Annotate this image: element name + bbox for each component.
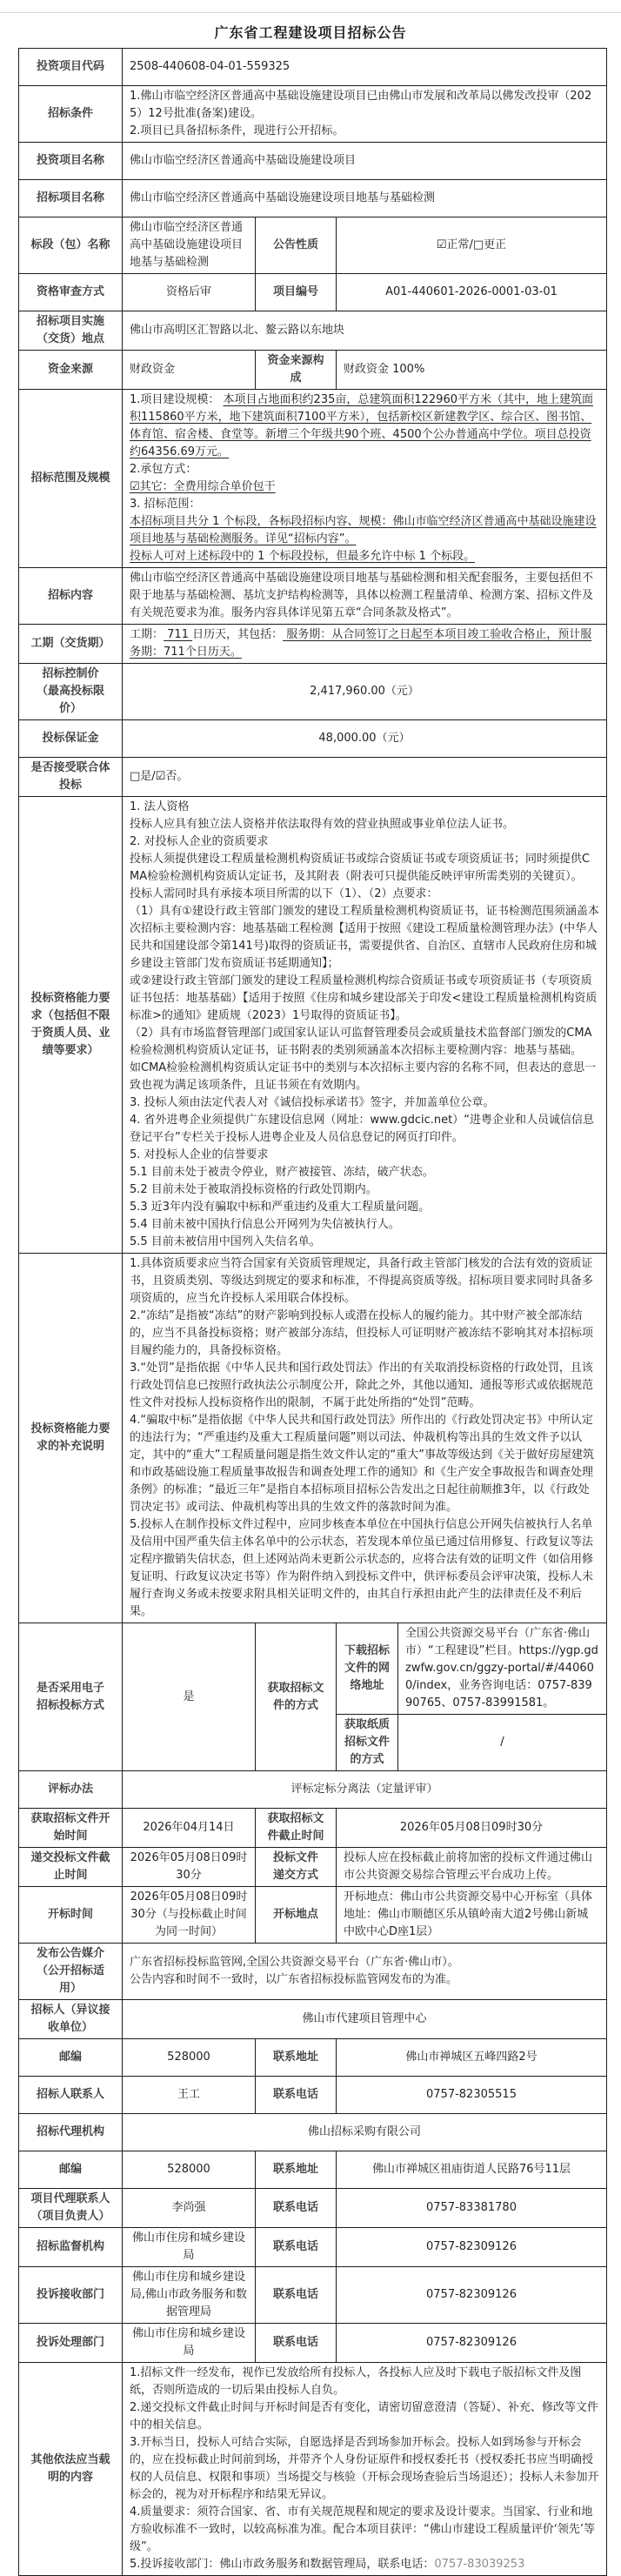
other-item-5: 5.投诉接收部门：佛山市政务服务和数据管理局，联系电话：0757-8303925… xyxy=(130,2556,599,2573)
field-value-address-2: 佛山市禅城区祖庙街道人民路76号11层 xyxy=(337,2151,607,2189)
field-value-notice-nature: ☑正常/□更正 xyxy=(337,217,607,274)
field-value-qualification-notes: 1.具体资质要求应当符合国家有关资质管理规定，具备行政主管部门核发的合法有效的资… xyxy=(123,1254,607,1623)
field-value-project-code: 2508-440608-04-01-559325 xyxy=(123,49,607,86)
field-label-phone-2: 联系电话 xyxy=(256,2189,337,2228)
row-tender-name: 招标项目名称 佛山市临空经济区普通高中基础设施建设项目地基与基础检测 xyxy=(19,180,607,217)
field-value-qualification-req: 1. 法人资格 投标人应具有独立法人资格并依法取得有效的营业执照或事业单位法人证… xyxy=(123,797,607,1254)
field-label-phone-5: 联系电话 xyxy=(256,2324,337,2363)
row-agency-contact: 项目代理联系人 （项目负责人） 李尚强 联系电话 0757-83381780 xyxy=(19,2189,607,2228)
field-label-address-1: 联系地址 xyxy=(256,2039,337,2077)
duration-seg-3: 日历天，其包括： xyxy=(192,628,283,641)
field-label-paper-method: 获取纸质 招标文件 的方式 xyxy=(337,1715,398,1771)
field-label-fund-source: 资金来源 xyxy=(19,351,123,390)
field-label-other: 其他依法应当载 明的内容 xyxy=(19,2363,123,2576)
field-label-bid-conditions: 招标条件 xyxy=(19,86,123,143)
field-value-content: 佛山市临空经济区普通高中基础设施建设项目地基与基础检测和相关配套服务，主要包括但… xyxy=(123,568,607,625)
field-label-address-2: 联系地址 xyxy=(256,2151,337,2189)
scope-line-6: 投标人可对上述标段中的 1 个标段投标，但最多允许中标 1 个标段。 xyxy=(130,548,599,565)
field-label-e-bidding: 是否采用电子 招标投标方式 xyxy=(19,1623,123,1771)
field-value-obtain-end: 2026年05月08日09时30分 xyxy=(337,1809,607,1848)
field-label-evaluation: 评标办法 xyxy=(19,1771,123,1809)
row-qualification-review: 资格审查方式 资格后审 项目编号 A01-440601-2026-0001-03… xyxy=(19,274,607,311)
other-item-5-prefix: 5.投诉接收部门：佛山市政务服务和数据管理局，联系电话： xyxy=(130,2558,434,2571)
field-value-location: 佛山市高明区汇智路以北、鳌云路以东地块 xyxy=(123,311,607,351)
field-label-obtain-start: 获取招标文件开 始时间 xyxy=(19,1809,123,1848)
row-tenderer-postcode: 邮编 528000 联系地址 佛山市禅城区五峰四路2号 xyxy=(19,2039,607,2077)
field-label-phone-4: 联系电话 xyxy=(256,2267,337,2324)
field-value-bid-conditions: 1.佛山市临空经济区普通高中基础设施建设项目已由佛山市发展和改革局以佛发改投审（… xyxy=(123,86,607,143)
field-value-address-1: 佛山市禅城区五峰四路2号 xyxy=(337,2039,607,2077)
row-fund-source: 资金来源 财政资金 资金来源构 成 财政资金 100% xyxy=(19,351,607,390)
row-qualification-req: 投标资格能力要 求（包括但不限 于资质人员、业 绩等要求） 1. 法人资格 投标… xyxy=(19,797,607,1254)
field-value-tender-name: 佛山市临空经济区普通高中基础设施建设项目地基与基础检测 xyxy=(123,180,607,217)
field-value-agency: 佛山招标采购有限公司 xyxy=(123,2114,607,2151)
field-value-project-no: A01-440601-2026-0001-03-01 xyxy=(337,274,607,311)
field-value-postcode-2: 528000 xyxy=(123,2151,256,2189)
field-label-duration: 工期（交货期） xyxy=(19,625,123,664)
field-value-submit-deadline: 2026年05月08日09时30分 xyxy=(123,1848,256,1887)
row-invest-name: 投资项目名称 佛山市临空经济区普通高中基础设施建设项目 xyxy=(19,143,607,180)
field-label-tenderer-contact: 招标人联系人 xyxy=(19,2077,123,2114)
field-value-invest-name: 佛山市临空经济区普通高中基础设施建设项目 xyxy=(123,143,607,180)
row-agency-postcode: 邮编 528000 联系地址 佛山市禅城区祖庙街道人民路76号11层 xyxy=(19,2151,607,2189)
field-value-duration: 工期： 711 日历天，其包括： 服务期：从合同签订之日起至本项目竣工验收合格止… xyxy=(123,625,607,664)
field-label-bid-bond: 投标保证金 xyxy=(19,720,123,758)
field-label-tenderer: 招标人（异议接 收单位） xyxy=(19,2000,123,2039)
field-label-qualification-review: 资格审查方式 xyxy=(19,274,123,311)
field-value-submit-method: 投标人应在投标截止前将加密的投标文件通过佛山市公共资源交易综合管理云平台成功上传… xyxy=(337,1848,607,1887)
field-label-phone-1: 联系电话 xyxy=(256,2077,337,2114)
field-label-invest-name: 投资项目名称 xyxy=(19,143,123,180)
field-label-content: 招标内容 xyxy=(19,568,123,625)
row-other: 其他依法应当载 明的内容 1.招标文件一经发布，视作已发放给所有投标人，各投标人… xyxy=(19,2363,607,2576)
field-label-location: 招标项目实施 （交货）地点 xyxy=(19,311,123,351)
row-tenderer-contact: 招标人联系人 王工 联系电话 0757-82305515 xyxy=(19,2077,607,2114)
field-value-open-place: 开标地点：佛山市公共资源交易中心开标室（具体地址：佛山市顺德区乐从镇岭南大道2号… xyxy=(337,1887,607,1944)
row-location: 招标项目实施 （交货）地点 佛山市高明区汇智路以北、鳌云路以东地块 xyxy=(19,311,607,351)
field-label-tender-name: 招标项目名称 xyxy=(19,180,123,217)
field-value-fund-source: 财政资金 xyxy=(123,351,256,390)
field-value-tenderer: 佛山市代建项目管理中心 xyxy=(123,2000,607,2039)
field-label-scope: 招标范围及规模 xyxy=(19,390,123,568)
row-supervisor: 招标监督机构 佛山市住房和城乡建设局 联系电话 0757-82309126 xyxy=(19,2228,607,2267)
row-tenderer: 招标人（异议接 收单位） 佛山市代建项目管理中心 xyxy=(19,2000,607,2039)
field-label-postcode-1: 邮编 xyxy=(19,2039,123,2077)
row-obtain-times: 获取招标文件开 始时间 2026年04月14日 获取招标文 件截止时间 2026… xyxy=(19,1809,607,1848)
scope-line-2: 2.承包方式： xyxy=(130,461,599,478)
field-label-complaint-handle: 投诉处理部门 xyxy=(19,2324,123,2363)
field-value-section-name: 佛山市临空经济区普通高中基础设施建设项目地基与基础检测 xyxy=(123,217,256,274)
field-value-phone-5: 0757-82309126 xyxy=(337,2324,607,2363)
field-value-phone-1: 0757-82305515 xyxy=(337,2077,607,2114)
scope-seg-normal-1: 1.项目建设规模： xyxy=(130,393,224,406)
field-label-supervisor: 招标监督机构 xyxy=(19,2228,123,2267)
field-value-obtain-start: 2026年04月14日 xyxy=(123,1809,256,1848)
row-scope: 招标范围及规模 1.项目建设规模： 本项目占地面积约235亩，总建筑面积1229… xyxy=(19,390,607,568)
field-label-postcode-2: 邮编 xyxy=(19,2151,123,2189)
field-label-project-code: 投资项目代码 xyxy=(19,49,123,86)
field-label-download-addr: 下载招标 文件的网 络地址 xyxy=(337,1623,398,1715)
announcement-table: 投资项目代码 2508-440608-04-01-559325 招标条件 1.佛… xyxy=(18,48,607,2576)
field-value-fund-composition: 财政资金 100% xyxy=(337,351,607,390)
row-bid-conditions: 招标条件 1.佛山市临空经济区普通高中基础设施建设项目已由佛山市发展和改革局以佛… xyxy=(19,86,607,143)
field-value-complaint-recv: 佛山市住房和城乡建设局,佛山市政务服务和数据管理局 xyxy=(123,2267,256,2324)
field-value-agency-contact: 李尚强 xyxy=(123,2189,256,2228)
field-label-qualification-notes: 投标资格能力要 求的补充说明 xyxy=(19,1254,123,1623)
field-label-open-place: 开标地点 xyxy=(256,1887,337,1944)
field-label-project-no: 项目编号 xyxy=(256,274,337,311)
field-label-consortium: 是否接受联合体 投标 xyxy=(19,758,123,797)
field-value-supervisor: 佛山市住房和城乡建设局 xyxy=(123,2228,256,2267)
field-label-notice-nature: 公告性质 xyxy=(256,217,337,274)
field-value-phone-2: 0757-83381780 xyxy=(337,2189,607,2228)
field-value-download-addr: 全国公共资源交易平台（广东省·佛山市）“工程建设”栏目。https://ygp.… xyxy=(398,1623,607,1715)
field-value-consortium: □是/☑否。 xyxy=(123,758,607,797)
field-value-other: 1.招标文件一经发布，视作已发放给所有投标人，各投标人应及时下载电子版招标文件及… xyxy=(123,2363,607,2576)
duration-seg-1: 工期： xyxy=(130,628,164,641)
row-agency: 招标代理机构 佛山招标采购有限公司 xyxy=(19,2114,607,2151)
field-label-phone-3: 联系电话 xyxy=(256,2228,337,2267)
field-label-media: 发布公告媒介 （公开招标适 用） xyxy=(19,1944,123,2000)
scope-line-3: ☑其它：全费用综合单价包干 xyxy=(130,478,599,496)
row-consortium: 是否接受联合体 投标 □是/☑否。 xyxy=(19,758,607,797)
field-value-media: 广东省招标投标监管网,全国公共资源交易平台（广东省·佛山市）。 公告内容和时间不… xyxy=(123,1944,607,2000)
field-label-submit-deadline: 递交投标文件截 止时间 xyxy=(19,1848,123,1887)
row-complaint-recv: 投诉接收部门 佛山市住房和城乡建设局,佛山市政务服务和数据管理局 联系电话 07… xyxy=(19,2267,607,2324)
duration-seg-2: 711 xyxy=(164,628,192,641)
field-value-paper-method: / xyxy=(398,1715,607,1771)
field-value-evaluation: 评标定标分离法（定量评审） xyxy=(123,1771,607,1809)
field-label-submit-method: 投标文件 递交方式 xyxy=(256,1848,337,1887)
field-value-control-price: 2,417,960.00（元） xyxy=(123,664,607,720)
scope-line-4: 3. 招标范围： xyxy=(130,496,599,513)
field-value-complaint-handle: 佛山市住房和城乡建设局 xyxy=(123,2324,256,2363)
row-complaint-handle: 投诉处理部门 佛山市住房和城乡建设局 联系电话 0757-82309126 xyxy=(19,2324,607,2363)
other-item-5-phone: 0757-83039253 xyxy=(434,2558,524,2571)
row-submit: 递交投标文件截 止时间 2026年05月08日09时30分 投标文件 递交方式 … xyxy=(19,1848,607,1887)
field-label-obtain-method: 获取招标文 件的方式 xyxy=(256,1623,337,1771)
row-bid-bond: 投标保证金 48,000.00（元） xyxy=(19,720,607,758)
field-value-phone-4: 0757-82309126 xyxy=(337,2267,607,2324)
field-label-qualification-req: 投标资格能力要 求（包括但不限 于资质人员、业 绩等要求） xyxy=(19,797,123,1254)
field-label-obtain-end: 获取招标文 件截止时间 xyxy=(256,1809,337,1848)
row-media: 发布公告媒介 （公开招标适 用） 广东省招标投标监管网,全国公共资源交易平台（广… xyxy=(19,1944,607,2000)
row-project-code: 投资项目代码 2508-440608-04-01-559325 xyxy=(19,49,607,86)
field-value-open-time: 2026年05月08日09时30分（与投标截止时间为同一时间） xyxy=(123,1887,256,1944)
page-title: 广东省工程建设项目招标公告 xyxy=(0,22,621,42)
field-value-tenderer-contact: 王工 xyxy=(123,2077,256,2114)
field-value-bid-bond: 48,000.00（元） xyxy=(123,720,607,758)
field-value-scope: 1.项目建设规模： 本项目占地面积约235亩，总建筑面积122960平方米（其中… xyxy=(123,390,607,568)
page-top-divider xyxy=(0,12,621,13)
row-opening: 开标时间 2026年05月08日09时30分（与投标截止时间为同一时间） 开标地… xyxy=(19,1887,607,1944)
other-items-1-4: 1.招标文件一经发布，视作已发放给所有投标人，各投标人应及时下载电子版招标文件及… xyxy=(130,2365,599,2556)
field-label-agency: 招标代理机构 xyxy=(19,2114,123,2151)
row-content: 招标内容 佛山市临空经济区普通高中基础设施建设项目地基与基础检测和相关配套服务，… xyxy=(19,568,607,625)
scope-line-5: 本招标项目共分 1 个标段，各标段招标内容、规模：佛山市临空经济区普通高中基础设… xyxy=(130,513,599,548)
row-duration: 工期（交货期） 工期： 711 日历天，其包括： 服务期：从合同签订之日起至本项… xyxy=(19,625,607,664)
field-value-postcode-1: 528000 xyxy=(123,2039,256,2077)
row-evaluation: 评标办法 评标定标分离法（定量评审） xyxy=(19,1771,607,1809)
row-e-bidding: 是否采用电子 招标投标方式 是 获取招标文 件的方式 下载招标 文件的网 络地址… xyxy=(19,1623,607,1715)
scope-line-1: 1.项目建设规模： 本项目占地面积约235亩，总建筑面积122960平方米（其中… xyxy=(130,391,599,461)
field-value-e-bidding: 是 xyxy=(123,1623,256,1771)
row-control-price: 招标控制价 （最高投标限 价） 2,417,960.00（元） xyxy=(19,664,607,720)
field-label-section-name: 标段（包）名称 xyxy=(19,217,123,274)
field-label-agency-contact: 项目代理联系人 （项目负责人） xyxy=(19,2189,123,2228)
row-section-name: 标段（包）名称 佛山市临空经济区普通高中基础设施建设项目地基与基础检测 公告性质… xyxy=(19,217,607,274)
field-value-qualification-review: 资格后审 xyxy=(123,274,256,311)
field-label-open-time: 开标时间 xyxy=(19,1887,123,1944)
row-qualification-notes: 投标资格能力要 求的补充说明 1.具体资质要求应当符合国家有关资质管理规定，具备… xyxy=(19,1254,607,1623)
field-label-fund-composition: 资金来源构 成 xyxy=(256,351,337,390)
field-label-complaint-recv: 投诉接收部门 xyxy=(19,2267,123,2324)
field-label-control-price: 招标控制价 （最高投标限 价） xyxy=(19,664,123,720)
field-value-phone-3: 0757-82309126 xyxy=(337,2228,607,2267)
